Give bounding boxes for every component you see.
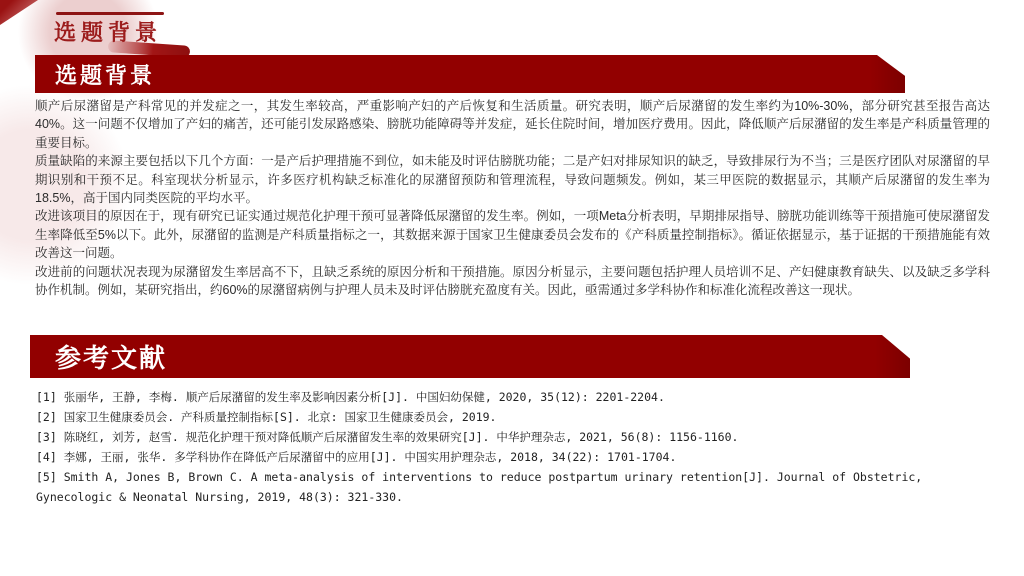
background-paragraph-1: 顺产后尿潴留是产科常见的并发症之一，其发生率较高，严重影响产妇的产后恢复和生活质… (35, 97, 990, 152)
references-list: [1] 张丽华, 王静, 李梅. 顺产后尿潴留的发生率及影响因素分析[J]. 中… (36, 387, 986, 507)
section-banner-references-label: 参考文献 (55, 338, 167, 375)
section-banner-background-label: 选题背景 (55, 59, 155, 90)
presentation-slide: 选题背景 选题背景 顺产后尿潴留是产科常见的并发症之一，其发生率较高，严重影响产… (0, 0, 1024, 576)
reference-item-1: [1] 张丽华, 王静, 李梅. 顺产后尿潴留的发生率及影响因素分析[J]. 中… (36, 387, 986, 407)
section-banner-references: 参考文献 (30, 335, 910, 378)
reference-item-4: [4] 李娜, 王丽, 张华. 多学科协作在降低产后尿潴留中的应用[J]. 中国… (36, 447, 986, 467)
section-banner-background: 选题背景 (35, 55, 905, 93)
background-paragraph-3: 改进该项目的原因在于，现有研究已证实通过规范化护理干预可显著降低尿潴留的发生率。… (35, 207, 990, 262)
background-paragraph-2: 质量缺陷的来源主要包括以下几个方面：一是产后护理措施不到位，如未能及时评估膀胱功… (35, 152, 990, 207)
background-text-block: 顺产后尿潴留是产科常见的并发症之一，其发生率较高，严重影响产妇的产后恢复和生活质… (35, 97, 990, 299)
reference-item-5: [5] Smith A, Jones B, Brown C. A meta-an… (36, 467, 986, 507)
header-rule-line (56, 12, 164, 15)
background-paragraph-4: 改进前的问题状况表现为尿潴留发生率居高不下，且缺乏系统的原因分析和干预措施。原因… (35, 263, 990, 300)
reference-item-3: [3] 陈晓红, 刘芳, 赵雪. 规范化护理干预对降低顺产后尿潴留发生率的效果研… (36, 427, 986, 447)
reference-item-2: [2] 国家卫生健康委员会. 产科质量控制指标[S]. 北京: 国家卫生健康委员… (36, 407, 986, 427)
